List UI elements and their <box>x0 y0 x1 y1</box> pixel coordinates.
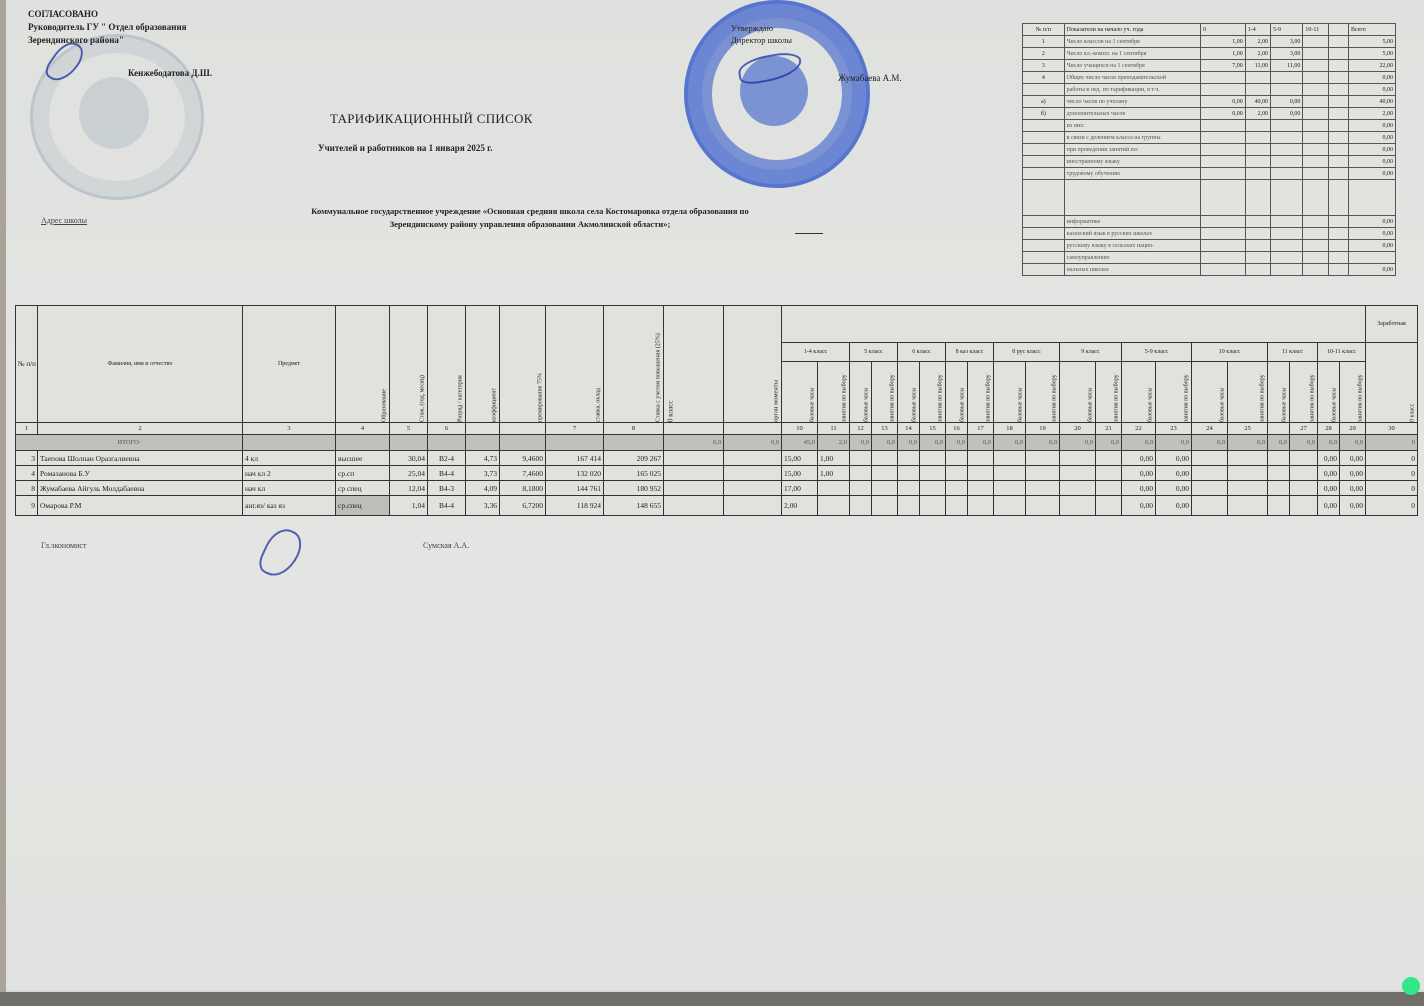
column-number: 23 <box>1156 423 1192 435</box>
row-subject: нач кл <box>243 481 336 496</box>
total-value: 0,0 <box>920 435 946 451</box>
total-cell <box>500 435 546 451</box>
header-sub: занятия по выбору <box>1290 362 1318 423</box>
summary-header-cell: 1-4 <box>1245 24 1270 36</box>
summary-value-v59 <box>1271 144 1303 156</box>
column-number: 16 <box>946 423 968 435</box>
row-hours-19 <box>1026 451 1060 466</box>
summary-row-number <box>1023 144 1065 156</box>
total-cell <box>604 435 664 451</box>
summary-value-v1011 <box>1303 84 1328 96</box>
summary-row-number <box>1023 216 1065 228</box>
summary-value-v59 <box>1271 132 1303 144</box>
row-hours-27 <box>1290 496 1318 516</box>
summary-header-cell: 5-9 <box>1271 24 1303 36</box>
summary-row-number: а) <box>1023 96 1065 108</box>
row-hours-23: 0,00 <box>1156 451 1192 466</box>
row-hours-17 <box>968 466 994 481</box>
summary-value-total: 2,00 <box>1348 108 1395 120</box>
summary-value-v14 <box>1245 240 1270 252</box>
column-number: 24 <box>1192 423 1228 435</box>
summary-value-total: 0,00 <box>1348 132 1395 144</box>
column-number: 10 <box>782 423 818 435</box>
row-hours-21 <box>1096 466 1122 481</box>
summary-value-v59 <box>1271 120 1303 132</box>
row-salary-30: 0 <box>1366 451 1418 466</box>
row-hours-28: 0,00 <box>1318 496 1340 516</box>
header-sub: базовые часы <box>994 362 1026 423</box>
header-subject: Предмет <box>243 306 336 423</box>
summary-value-v1011 <box>1303 264 1328 276</box>
row-hours-18 <box>994 481 1026 496</box>
header-sub: занятия по выбору <box>1096 362 1122 423</box>
row-hours-29: 0,00 <box>1340 451 1366 466</box>
summary-value-v59 <box>1271 264 1303 276</box>
row-hours-12 <box>850 466 872 481</box>
row-hours-25 <box>1228 496 1268 516</box>
confirm-role: Директор школы <box>731 34 792 46</box>
approval-signer: Кенжебодатова Д.Ш. <box>128 68 212 78</box>
row-experience: 12,04 <box>390 481 428 496</box>
row-name: Ромазанова Б.У <box>38 466 243 481</box>
column-number: 27 <box>1290 423 1318 435</box>
row-hours-13 <box>872 481 898 496</box>
row-hours-18 <box>994 496 1026 516</box>
row-hours-16 <box>946 451 968 466</box>
summary-value-v59: 3,00 <box>1271 36 1303 48</box>
summary-value-v0 <box>1201 168 1246 180</box>
summary-value-v59: 0,00 <box>1271 108 1303 120</box>
summary-row: казахский язык в русских школах0,00 <box>1023 228 1396 240</box>
total-value: 0 <box>1366 435 1418 451</box>
column-number: 13 <box>872 423 898 435</box>
total-value: 0,0 <box>994 435 1026 451</box>
column-number: 15 <box>920 423 946 435</box>
header-name: Фамилия, имя и отчество <box>38 306 243 423</box>
row-hours-15 <box>920 466 946 481</box>
column-number: 19 <box>1026 423 1060 435</box>
summary-value-x <box>1328 216 1348 228</box>
summary-row-label: Общее число часов преподавательской <box>1064 72 1200 84</box>
summary-value-v59 <box>1271 216 1303 228</box>
total-label: ИТОГО: <box>16 435 243 451</box>
row-hours-19 <box>1026 496 1060 516</box>
summary-row-label: из них: <box>1064 120 1200 132</box>
row-number: 4 <box>16 466 38 481</box>
header-num: № п/п <box>16 306 38 423</box>
row-experience: 30,04 <box>390 451 428 466</box>
row-hours-24 <box>1192 496 1228 516</box>
row-subject: анг.яз/ каз яз <box>243 496 336 516</box>
column-number: 20 <box>1060 423 1096 435</box>
summary-value-v0: 1,00 <box>1201 36 1246 48</box>
summary-row-number: 4 <box>1023 72 1065 84</box>
summary-value-x <box>1328 240 1348 252</box>
header-group: 11 класс <box>1268 343 1318 362</box>
summary-row: 3Число учащихся на 1 сентября7,0011,0011… <box>1023 60 1396 72</box>
summary-row-label: самоуправлению <box>1064 252 1200 264</box>
column-number <box>500 423 546 435</box>
header-rate: ставка, оклад <box>546 306 604 423</box>
summary-value-x <box>1328 60 1348 72</box>
organization-name: Коммунальное государственное учреждение … <box>250 205 810 231</box>
row-hours-15 <box>920 451 946 466</box>
address-label: Адрес школы <box>41 216 87 225</box>
row-hours-27 <box>1290 481 1318 496</box>
summary-value-v0 <box>1201 132 1246 144</box>
row-hours-19 <box>1026 466 1060 481</box>
summary-row-label: нальных школах <box>1064 264 1200 276</box>
summary-value-v1011 <box>1303 96 1328 108</box>
summary-row-number <box>1023 120 1065 132</box>
total-value: 2,0 <box>818 435 850 451</box>
summary-value-v14 <box>1245 120 1270 132</box>
column-number: 1 <box>16 423 38 435</box>
summary-value-total: 0,00 <box>1348 240 1395 252</box>
row-hours-24 <box>1192 451 1228 466</box>
status-indicator-icon <box>1402 977 1420 995</box>
row-education: ср.сп <box>336 466 390 481</box>
summary-value-x <box>1328 156 1348 168</box>
header-class0-salary: 0 класс <box>1366 343 1418 423</box>
org-line-2: Зерендинскому району управления образова… <box>250 218 810 231</box>
row-hours-25 <box>1228 466 1268 481</box>
summary-value-x <box>1328 108 1348 120</box>
row-coef: 4,73 <box>466 451 500 466</box>
table-row: 4Ромазанова Б.Унач кл 2ср.сп25,04В4-43,7… <box>16 466 1418 481</box>
summary-row: из них:0,00 <box>1023 120 1396 132</box>
summary-row-number <box>1023 156 1065 168</box>
summary-value-v59 <box>1271 72 1303 84</box>
header-sub: базовые часы <box>1268 362 1290 423</box>
summary-value-v0 <box>1201 120 1246 132</box>
row-hours-12 <box>850 451 872 466</box>
summary-value-total: 5,00 <box>1348 36 1395 48</box>
summary-header-row: № п/пПоказатели на начало уч. года01-45-… <box>1023 24 1396 36</box>
row-hours-16 <box>946 466 968 481</box>
row-salary-30: 0 <box>1366 466 1418 481</box>
header-sub: базовые часы <box>1060 362 1096 423</box>
total-value: 0,0 <box>664 435 724 451</box>
row-rate: 132 020 <box>546 466 604 481</box>
summary-value-v0: 0,00 <box>1201 96 1246 108</box>
header-group: 9 класс <box>1060 343 1122 362</box>
summary-value-v0 <box>1201 144 1246 156</box>
row-hours-21 <box>1096 481 1122 496</box>
header-sub: занятия по выбору <box>1228 362 1268 423</box>
row-experience: 25,04 <box>390 466 428 481</box>
column-number: 21 <box>1096 423 1122 435</box>
row-hours-18 <box>994 466 1026 481</box>
row-hours-19 <box>1026 481 1060 496</box>
summary-value-v14: 11,00 <box>1245 60 1270 72</box>
row-education: высшее <box>336 451 390 466</box>
summary-value-v14: 2,00 <box>1245 108 1270 120</box>
row-name: Таепова Шолпан Оразгалиевна <box>38 451 243 466</box>
summary-value-total: 0,00 <box>1348 84 1395 96</box>
total-value: 0,0 <box>850 435 872 451</box>
summary-value-total: 0,00 <box>1348 228 1395 240</box>
row-coef: 4,09 <box>466 481 500 496</box>
column-number <box>664 423 724 435</box>
summary-value-v0 <box>1201 252 1246 264</box>
summary-value-v0 <box>1201 72 1246 84</box>
row-rate: 118 924 <box>546 496 604 516</box>
summary-value-v14 <box>1245 132 1270 144</box>
summary-row-label: дополнительных часов <box>1064 108 1200 120</box>
total-value: 0,0 <box>1290 435 1318 451</box>
row-hours-16 <box>946 481 968 496</box>
header-salary: Заработная <box>1366 306 1418 343</box>
column-number: 2 <box>38 423 243 435</box>
row-hours-24 <box>1192 466 1228 481</box>
summary-value-v1011 <box>1303 36 1328 48</box>
header-group: 10-11 класс <box>1318 343 1366 362</box>
table-surface <box>0 992 1424 1006</box>
summary-row-label: в связи с делением класса на группы <box>1064 132 1200 144</box>
column-number-row: 1234567810111213141516171819202122232425… <box>16 423 1418 435</box>
summary-value-v59 <box>1271 84 1303 96</box>
header-sub: базовые часы <box>898 362 920 423</box>
summary-value-v14: 40,00 <box>1245 96 1270 108</box>
summary-value-v1011 <box>1303 120 1328 132</box>
document-subtitle: Учителей и работников на 1 января 2025 г… <box>318 143 493 153</box>
total-value: 0,0 <box>1318 435 1340 451</box>
total-value: 0,0 <box>1156 435 1192 451</box>
row-hours-27 <box>1290 451 1318 466</box>
row-hours-24 <box>1192 481 1228 496</box>
row-subject: нач кл 2 <box>243 466 336 481</box>
summary-value-x <box>1328 84 1348 96</box>
row-bonus: 8,1800 <box>500 481 546 496</box>
row-hours-28: 0,00 <box>1318 451 1340 466</box>
summary-header-cell: 0 <box>1201 24 1246 36</box>
summary-value-x <box>1328 96 1348 108</box>
row-hours-25 <box>1228 481 1268 496</box>
header-sub: базовые часы <box>1318 362 1340 423</box>
footer-signer: Сумская А.А. <box>423 541 469 550</box>
row-hours-15 <box>920 496 946 516</box>
summary-value-v59: 3,00 <box>1271 48 1303 60</box>
summary-row: нальных школах0,00 <box>1023 264 1396 276</box>
summary-row-label: трудовому обучению <box>1064 168 1200 180</box>
header-sub: базовые часы <box>782 362 818 423</box>
total-value: 0,0 <box>724 435 782 451</box>
row-hours-26 <box>1268 481 1290 496</box>
summary-value-v0 <box>1201 240 1246 252</box>
row-hours-10: 17,00 <box>782 481 818 496</box>
column-number <box>1268 423 1290 435</box>
row-hours-29: 0,00 <box>1340 466 1366 481</box>
total-cell <box>546 435 604 451</box>
total-value: 0,0 <box>946 435 968 451</box>
header-group-band <box>782 306 1366 343</box>
row-hours-20 <box>1060 496 1096 516</box>
org-line-1: Коммунальное государственное учреждение … <box>250 205 810 218</box>
row-hours-11 <box>818 481 850 496</box>
row-coef: 3,73 <box>466 466 500 481</box>
column-number: 7 <box>546 423 604 435</box>
summary-value-v14 <box>1245 156 1270 168</box>
row-hours-17 <box>968 451 994 466</box>
summary-value-total: 0,00 <box>1348 144 1395 156</box>
summary-value-total: 0,00 <box>1348 264 1395 276</box>
header-education: Образование <box>336 306 390 423</box>
summary-row: а)число часов по учплану0,0040,000,0040,… <box>1023 96 1396 108</box>
summary-value-total: 0,00 <box>1348 120 1395 132</box>
approval-line-1: Руководитель ГУ " Отдел образования <box>28 21 187 34</box>
row-hours-22: 0,00 <box>1122 466 1156 481</box>
row-hours-23: 0,00 <box>1156 481 1192 496</box>
summary-value-x <box>1328 72 1348 84</box>
row-rate: 144 761 <box>546 481 604 496</box>
summary-value-x <box>1328 120 1348 132</box>
row-hours-20 <box>1060 466 1096 481</box>
document-title: ТАРИФИКАЦИОННЫЙ СПИСОК <box>330 111 533 127</box>
header-group: 10 класс <box>1192 343 1268 362</box>
column-number: 14 <box>898 423 920 435</box>
row-hours-23: 0,00 <box>1156 466 1192 481</box>
summary-row-label: работы в нед. по тарификации, в т.ч. <box>1064 84 1200 96</box>
summary-row-number <box>1023 168 1065 180</box>
column-number: 4 <box>336 423 390 435</box>
summary-value-v59 <box>1271 180 1303 216</box>
summary-value-v59: 11,00 <box>1271 60 1303 72</box>
summary-value-total: 0,00 <box>1348 72 1395 84</box>
row-class0 <box>664 466 724 481</box>
row-hours-14 <box>898 466 920 481</box>
table-row: 9Омарова Р.Манг.яз/ каз язср.спец1,04В4-… <box>16 496 1418 516</box>
summary-value-v1011 <box>1303 228 1328 240</box>
summary-value-v14: 2,00 <box>1245 48 1270 60</box>
summary-row-label: казахский язык в русских школах <box>1064 228 1200 240</box>
summary-row-label: число часов по учплану <box>1064 96 1200 108</box>
row-hours-12 <box>850 481 872 496</box>
summary-row-label: при проведении занятий по: <box>1064 144 1200 156</box>
row-org-moments <box>724 466 782 481</box>
summary-value-v59 <box>1271 156 1303 168</box>
summary-value-total <box>1348 180 1395 216</box>
summary-value-v0 <box>1201 228 1246 240</box>
row-class0 <box>664 451 724 466</box>
row-hours-28: 0,00 <box>1318 481 1340 496</box>
column-number: 12 <box>850 423 872 435</box>
summary-value-v0 <box>1201 264 1246 276</box>
header-category: Разряд / категория <box>428 306 466 423</box>
summary-row: при проведении занятий по:0,00 <box>1023 144 1396 156</box>
column-number: 25 <box>1228 423 1268 435</box>
summary-header-cell: 10-11 <box>1303 24 1328 36</box>
summary-value-v14: 2,00 <box>1245 36 1270 48</box>
summary-value-v1011 <box>1303 60 1328 72</box>
row-hours-10: 2,00 <box>782 496 818 516</box>
summary-value-total: 5,00 <box>1348 48 1395 60</box>
summary-value-v1011 <box>1303 180 1328 216</box>
summary-value-v14 <box>1245 72 1270 84</box>
column-number: 8 <box>604 423 664 435</box>
row-rate-bonus: 209 267 <box>604 451 664 466</box>
summary-row: трудовому обучению0,00 <box>1023 168 1396 180</box>
summary-value-v14 <box>1245 168 1270 180</box>
total-cell <box>243 435 336 451</box>
summary-value-v14 <box>1245 180 1270 216</box>
summary-value-v14 <box>1245 216 1270 228</box>
total-value: 0,0 <box>1340 435 1366 451</box>
total-value: 45,0 <box>782 435 818 451</box>
summary-value-total: 40,00 <box>1348 96 1395 108</box>
header-sub: занятия по выбору <box>1026 362 1060 423</box>
header-class0: 0 класс <box>664 306 724 423</box>
summary-value-v0 <box>1201 216 1246 228</box>
row-hours-11: 1,00 <box>818 451 850 466</box>
total-value: 0,0 <box>1268 435 1290 451</box>
summary-value-total: 22,00 <box>1348 60 1395 72</box>
row-hours-29: 0,00 <box>1340 496 1366 516</box>
header-experience: Стаж, (год, месяц) <box>390 306 428 423</box>
summary-row-number <box>1023 132 1065 144</box>
summary-value-v14 <box>1245 228 1270 240</box>
summary-value-v1011 <box>1303 108 1328 120</box>
total-cell <box>336 435 390 451</box>
header-sub: занятия по выбору <box>1156 362 1192 423</box>
summary-row-number <box>1023 240 1065 252</box>
total-value: 0,0 <box>1192 435 1228 451</box>
header-coef: коэффициент <box>466 306 500 423</box>
summary-row: информатике0,00 <box>1023 216 1396 228</box>
summary-table: № п/пПоказатели на начало уч. года01-45-… <box>1022 23 1396 276</box>
row-hours-10: 15,00 <box>782 451 818 466</box>
total-value: 0,0 <box>1096 435 1122 451</box>
row-hours-27 <box>1290 466 1318 481</box>
header-sub: занятия по выбору <box>818 362 850 423</box>
row-bonus: 7,4600 <box>500 466 546 481</box>
column-number: 5 <box>390 423 428 435</box>
approval-label: СОГЛАСОВАНО <box>28 8 187 21</box>
row-hours-16 <box>946 496 968 516</box>
summary-row-label: Число учащихся на 1 сентября <box>1064 60 1200 72</box>
summary-row-label: информатике <box>1064 216 1200 228</box>
row-number: 8 <box>16 481 38 496</box>
summary-row-label <box>1064 180 1200 216</box>
row-hours-14 <box>898 481 920 496</box>
summary-value-v0 <box>1201 84 1246 96</box>
summary-row-number <box>1023 228 1065 240</box>
header-group: 8 каз класс <box>946 343 994 362</box>
column-number: 17 <box>968 423 994 435</box>
summary-row: 4Общее число часов преподавательской0,00 <box>1023 72 1396 84</box>
summary-value-v1011 <box>1303 48 1328 60</box>
summary-value-v1011 <box>1303 156 1328 168</box>
summary-value-v0 <box>1201 180 1246 216</box>
total-value: 0,0 <box>1228 435 1268 451</box>
summary-value-v1011 <box>1303 240 1328 252</box>
row-org-moments <box>724 496 782 516</box>
header-sub: занятия по выбору <box>872 362 898 423</box>
summary-header-cell: Показатели на начало уч. года <box>1064 24 1200 36</box>
summary-value-x <box>1328 264 1348 276</box>
total-value: 0,0 <box>898 435 920 451</box>
summary-value-x <box>1328 168 1348 180</box>
column-number: 22 <box>1122 423 1156 435</box>
row-coef: 3,36 <box>466 496 500 516</box>
summary-row-number: 2 <box>1023 48 1065 60</box>
header-bonus: премирование 75% <box>500 306 546 423</box>
header-group: 1-4 класс <box>782 343 850 362</box>
summary-value-x <box>1328 180 1348 216</box>
header-group: 5-9 класс <box>1122 343 1192 362</box>
row-hours-21 <box>1096 496 1122 516</box>
table-row: 3Таепова Шолпан Оразгалиевна4 клвысшее30… <box>16 451 1418 466</box>
